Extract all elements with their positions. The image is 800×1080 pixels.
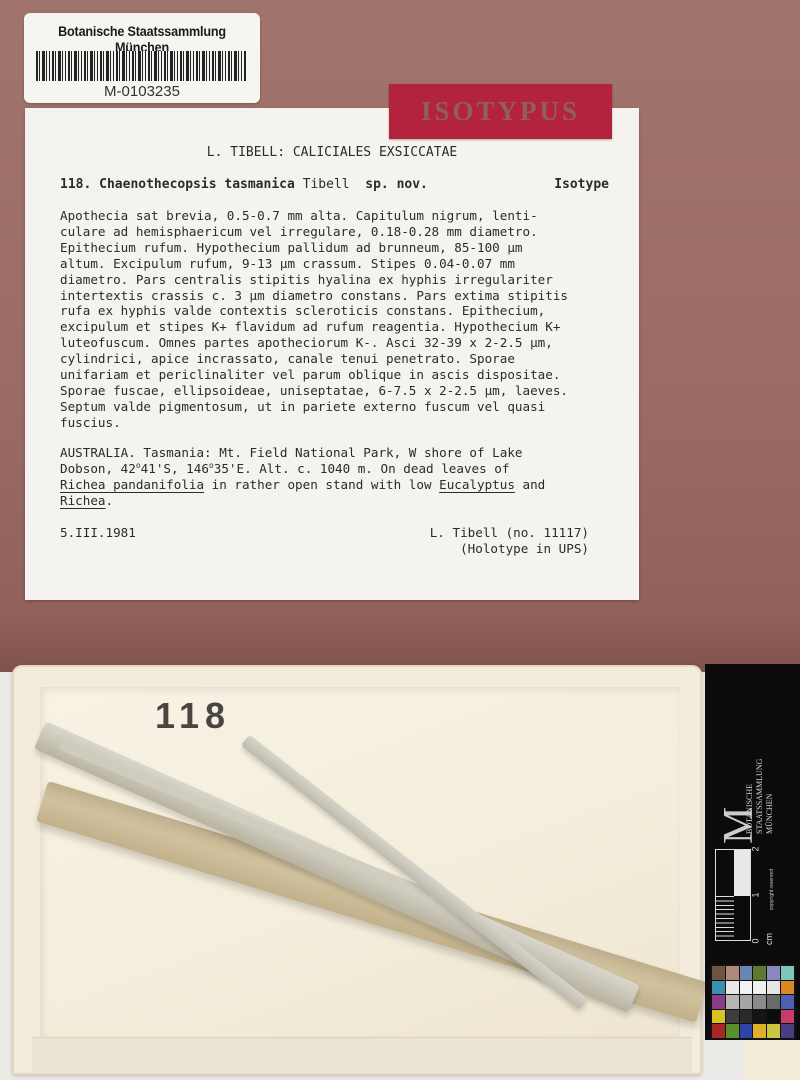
description-line: unifariam et periclinaliter vel parum ob… (60, 367, 620, 383)
isotypus-text: ISOTYPUS (421, 96, 580, 127)
description-line: luteofuscum. Omnes partes apotheciorum K… (60, 335, 620, 351)
scale-color-card: BOTANISCHE STAATSSAMMLUNG MÜNCHEN M 2 1 … (705, 664, 800, 1040)
color-swatch (781, 995, 794, 1009)
color-swatch (740, 1010, 753, 1024)
locality-line: 35'E. Alt. c. 1040 m. On dead leaves of (214, 461, 510, 476)
color-swatch (712, 966, 725, 980)
host-plant: Richea pandanifolia (60, 477, 204, 492)
collector: L. Tibell (no. 11117) (Holotype in UPS) (430, 525, 589, 557)
description-line: culare ad hemisphaericum vel irregulare,… (60, 224, 620, 240)
color-swatch (767, 981, 780, 995)
description-line: excipulum et stipes K+ flavidum ad rufum… (60, 319, 620, 335)
collection-date: 5.III.1981 (60, 525, 136, 540)
locality-line: in rather open stand with low (204, 477, 439, 492)
barcode (36, 51, 246, 81)
sheet-shadow (0, 610, 800, 672)
color-swatch (726, 1024, 739, 1038)
host-plant: Richea (60, 493, 106, 508)
copyright-notice: copyright reserved (769, 869, 775, 910)
collector-name: L. Tibell (no. 11117) (430, 525, 589, 540)
barcode-label: Botanische Staatssammlung München M-0103… (24, 13, 260, 103)
description: Apothecia sat brevia, 0.5-0.7 mm alta. C… (60, 208, 620, 431)
locality-line: . (106, 493, 114, 508)
taxon-name: Chaenothecopsis tasmanica (99, 177, 295, 192)
ruler-tick-label: 2 (751, 846, 761, 851)
box-front-flap (32, 1037, 692, 1072)
ruler-tick-label: 0 (751, 938, 761, 943)
color-swatch (753, 981, 766, 995)
ruler-segment (734, 850, 750, 896)
description-line: Apothecia sat brevia, 0.5-0.7 mm alta. C… (60, 208, 620, 224)
color-swatch (726, 1010, 739, 1024)
color-swatch (753, 1010, 766, 1024)
color-swatch (767, 966, 780, 980)
leaf-logo-icon: M (715, 804, 775, 844)
color-checker (710, 964, 796, 1040)
color-swatch (767, 1010, 780, 1024)
color-swatch (781, 1024, 794, 1038)
description-line: altum. Excipulum rufum, 9-13 µm crassum.… (60, 256, 620, 272)
isotypus-tag: ISOTYPUS (389, 84, 612, 139)
locality-line: and (515, 477, 545, 492)
color-swatch (767, 1024, 780, 1038)
description-line: rufa ex hyphis valde contextis sclerotic… (60, 303, 620, 319)
locality-line: AUSTRALIA. Tasmania: Mt. Field National … (60, 445, 523, 460)
color-swatch (781, 981, 794, 995)
color-swatch (781, 1010, 794, 1024)
ruler-ticks (716, 896, 734, 940)
color-swatch (740, 966, 753, 980)
host-plant: Eucalyptus (439, 477, 515, 492)
description-line: cylindrici, apice incrassato, canale ten… (60, 351, 620, 367)
description-line: Septum valde pigmentosum, ut in pariete … (60, 399, 620, 415)
box-number: 118 (155, 695, 231, 737)
color-swatch (726, 981, 739, 995)
description-line: Epithecium rufum. Hypothecium pallidum a… (60, 240, 620, 256)
description-line: diametro. Pars centralis stipitis hyalin… (60, 272, 620, 288)
specimen-id: M-0103235 (24, 83, 260, 100)
description-line: Sporae fuscae, ellipsoideae, uniseptatae… (60, 383, 620, 399)
ruler (715, 849, 751, 941)
ruler-unit: cm (764, 933, 774, 945)
color-swatch (712, 981, 725, 995)
color-swatch (781, 966, 794, 980)
color-swatch (740, 981, 753, 995)
locality-line: 41'S, 146 (141, 461, 209, 476)
color-swatch (712, 1010, 725, 1024)
color-swatch (753, 995, 766, 1009)
locality-line: Dobson, 42 (60, 461, 136, 476)
ruler-tick-label: 1 (751, 892, 761, 897)
taxon-line: 118. Chaenothecopsis tasmanica Tibell sp… (60, 177, 620, 192)
color-swatch (712, 995, 725, 1009)
color-swatch (753, 1024, 766, 1038)
color-swatch (740, 1024, 753, 1038)
locality: AUSTRALIA. Tasmania: Mt. Field National … (60, 445, 620, 509)
color-swatch (712, 1024, 725, 1038)
description-line: fuscius. (60, 415, 620, 431)
color-swatch (726, 995, 739, 1009)
holotype-note: (Holotype in UPS) (460, 541, 589, 556)
description-line: intertextis crassis c. 3 µm diametro con… (60, 288, 620, 304)
taxon-author: Tibell (303, 177, 350, 192)
specimen-label: L. TIBELL: CALICIALES EXSICCATAE 118. Ch… (25, 108, 639, 600)
rank-note: sp. nov. (365, 177, 428, 192)
color-swatch (726, 966, 739, 980)
color-swatch (767, 995, 780, 1009)
type-status: Isotype (554, 177, 609, 192)
series-title: L. TIBELL: CALICIALES EXSICCATAE (25, 145, 639, 160)
paper-edge (745, 1040, 800, 1080)
color-swatch (753, 966, 766, 980)
exsiccata-number: 118. (60, 177, 91, 192)
color-swatch (740, 995, 753, 1009)
